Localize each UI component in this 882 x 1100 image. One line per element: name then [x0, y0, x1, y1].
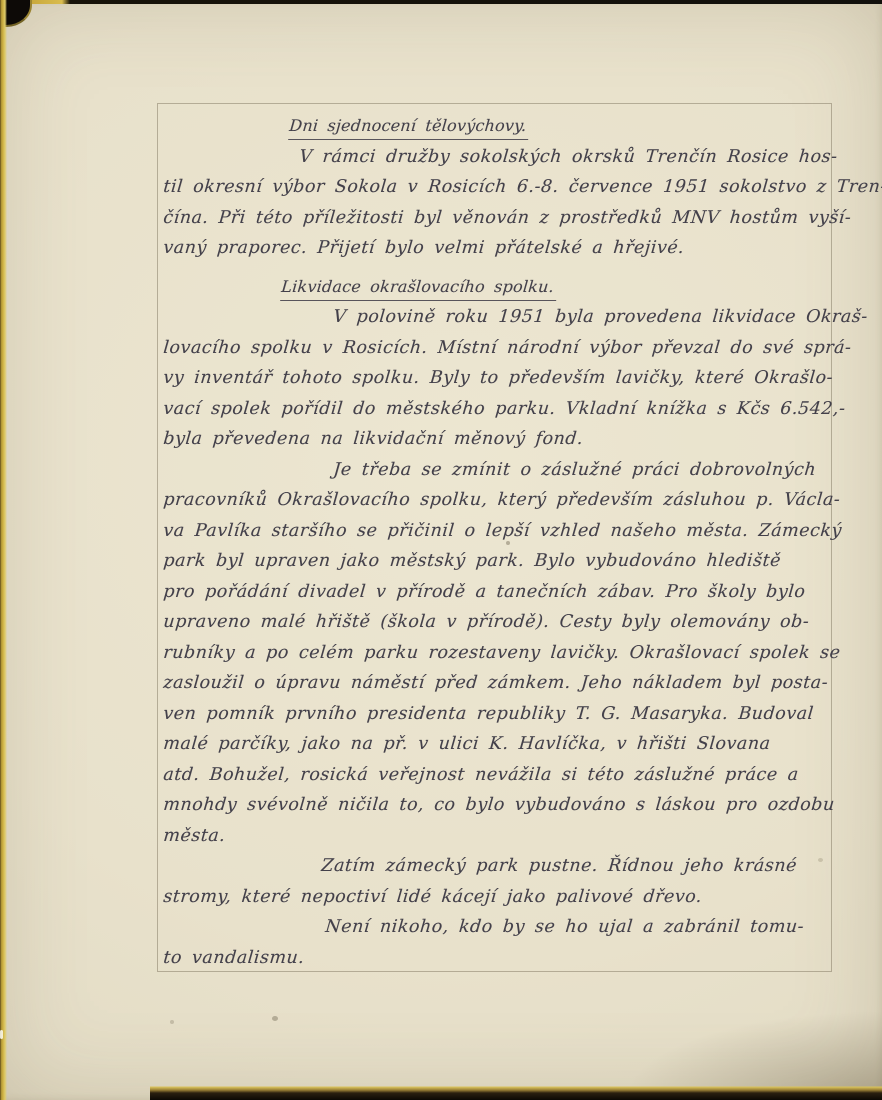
text-line: pro pořádání divadel v přírodě a taneční… — [157, 577, 860, 608]
text-line: ven pomník prvního presidenta republiky … — [157, 699, 860, 730]
edge-highlight-speck — [0, 1030, 3, 1039]
paper-speck — [170, 1020, 174, 1024]
text-line: to vandalismu. — [157, 943, 860, 974]
paper-speck — [506, 541, 510, 545]
text-line: vy inventář tohoto spolku. Byly to přede… — [157, 363, 860, 394]
text-line: rubníky a po celém parku rozestaveny lav… — [157, 638, 860, 669]
text-line: vaný praporec. Přijetí bylo velmi přátel… — [157, 233, 860, 264]
text-line: atd. Bohužel, rosická veřejnost nevážila… — [157, 760, 860, 791]
album-gilt-edge-bottom — [150, 1086, 882, 1100]
text-line: til okresní výbor Sokola v Rosicích 6.-8… — [157, 172, 860, 203]
text-line: V polovině roku 1951 byla provedena likv… — [157, 302, 860, 333]
text-line: lovacího spolku v Rosicích. Místní národ… — [157, 333, 860, 364]
text-line: zasloužil o úpravu náměstí před zámkem. … — [157, 668, 860, 699]
text-line: pracovníků Okrašlovacího spolku, který p… — [157, 485, 860, 516]
heading-1-text: Dni sjednocení tělovýchovy. — [288, 115, 530, 140]
paper-speck — [272, 1016, 278, 1021]
heading-2-text: Likvidace okrašlovacího spolku. — [280, 276, 558, 301]
paper-speck — [818, 858, 823, 862]
text-line: byla převedena na likvidační měnový fond… — [157, 424, 860, 455]
text-line: mnohdy svévolně ničila to, co bylo vybud… — [157, 790, 860, 821]
handwritten-text-block: Dni sjednocení tělovýchovy. V rámci druž… — [157, 103, 857, 973]
section-heading-2: Likvidace okrašlovacího spolku. — [275, 272, 860, 303]
scanned-album-page: Dni sjednocení tělovýchovy. V rámci druž… — [0, 0, 882, 1100]
text-line: stromy, které nepoctiví lidé kácejí jako… — [157, 882, 860, 913]
text-line: V rámci družby sokolských okrsků Trenčín… — [157, 142, 860, 173]
text-line: vací spolek pořídil do městského parku. … — [157, 394, 860, 425]
text-line: Není nikoho, kdo by se ho ujal a zabráni… — [157, 912, 860, 943]
text-line: Je třeba se zmínit o záslužné práci dobr… — [157, 455, 860, 486]
text-line: čína. Při této příležitosti byl věnován … — [157, 203, 860, 234]
text-line: upraveno malé hřiště (škola v přírodě). … — [157, 607, 860, 638]
text-line: města. — [157, 821, 860, 852]
text-line: Zatím zámecký park pustne. Řídnou jeho k… — [157, 851, 860, 882]
text-line: malé parčíky, jako na př. v ulici K. Hav… — [157, 729, 860, 760]
section-heading-1: Dni sjednocení tělovýchovy. — [283, 111, 860, 142]
album-gilt-edge-left — [0, 0, 7, 1100]
cover-edge-top — [0, 0, 882, 4]
text-line: park byl upraven jako městský park. Bylo… — [157, 546, 860, 577]
